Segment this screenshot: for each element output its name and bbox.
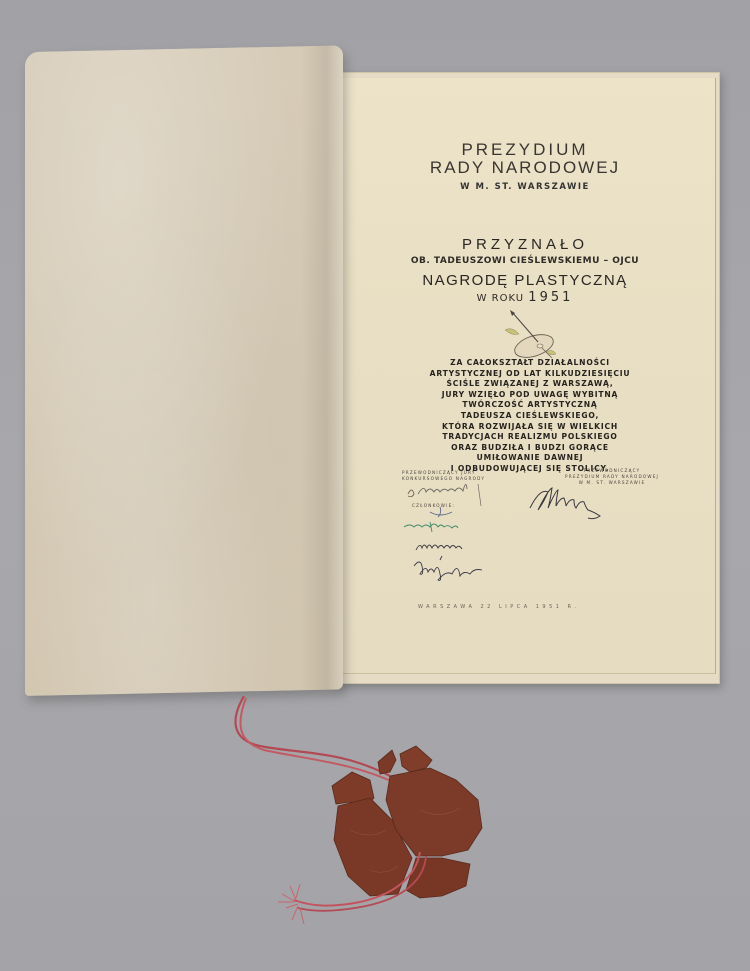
award-year-line: W ROKU 1951 xyxy=(334,290,716,305)
citation-line: UMIŁOWANIE DAWNEJ xyxy=(380,453,680,464)
wax-seal-with-cord xyxy=(220,680,520,930)
citation-line: ARTYSTYCZNEJ OD LAT KILKUDZIESIĘCIU xyxy=(380,369,680,380)
header-line-3: W M. ST. WARSZAWIE xyxy=(334,182,716,192)
citation-line: KTÓRA ROZWIJAŁA SIĘ W WIELKICH xyxy=(380,422,680,433)
citation-line: TADEUSZA CIEŚLEWSKIEGO, xyxy=(380,411,680,422)
citation-line: JURY WZIĘŁO POD UWAGĘ WYBITNĄ xyxy=(380,390,680,401)
cord-icon xyxy=(236,696,390,776)
prize-name: NAGRODĘ PLASTYCZNĄ xyxy=(334,272,716,289)
citation-line: TRADYCJACH REALIZMU POLSKIEGO xyxy=(380,432,680,443)
recipient-name: OB. TADEUSZOWI CIEŚLEWSKIEMU – OJCU xyxy=(334,256,716,266)
citation-line: ZA CAŁOKSZTAŁT DZIAŁALNOŚCI xyxy=(380,358,680,369)
header-line-1: PREZYDIUM xyxy=(334,140,716,160)
year-prefix: W ROKU xyxy=(477,293,525,304)
jury-chair-title: PRZEWODNICZĄCY JURY KONKURSOWEGO NAGRODY xyxy=(402,470,512,482)
photo-scene: PREZYDIUM RADY NARODOWEJ W M. ST. WARSZA… xyxy=(0,0,750,971)
palette-and-brush-icon xyxy=(502,308,558,358)
header-line-2: RADY NARODOWEJ xyxy=(334,158,716,178)
citation-text: ZA CAŁOKSZTAŁT DZIAŁALNOŚCI ARTYSTYCZNEJ… xyxy=(380,358,680,475)
document-date: WARSZAWA 22 LIPCA 1951 R. xyxy=(418,604,648,610)
jury-chair-title-line-2: KONKURSOWEGO NAGRODY xyxy=(402,476,512,482)
cord-tassel-icon xyxy=(278,884,304,924)
tissue-cover-leaf xyxy=(25,45,343,696)
citation-line: ŚCIŚLE ZWIĄZANEJ Z WARSZAWĄ, xyxy=(380,379,680,390)
award-year: 1951 xyxy=(528,290,573,305)
awarded-heading: PRZYZNAŁO xyxy=(334,236,716,253)
citation-line: ORAZ BUDZIŁA I BUDZI GORĄCE xyxy=(380,443,680,454)
citation-line: TWÓRCZOŚĆ ARTYSTYCZNĄ xyxy=(380,400,680,411)
council-chair-title: PRZEWODNICZĄCY PREZYDIUM RADY NARODOWEJ … xyxy=(562,468,662,486)
members-label: CZŁONKOWIE: xyxy=(412,503,472,509)
council-chair-title-line-3: W M. ST. WARSZAWIE xyxy=(562,480,662,486)
